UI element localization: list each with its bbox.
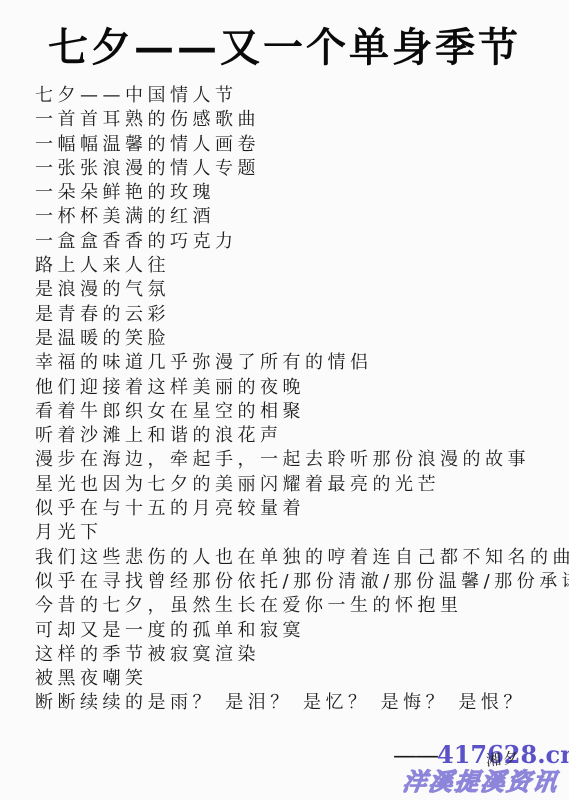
handwritten-signature: 湘夕	[485, 746, 521, 770]
site-url-text: 417628.cn	[437, 740, 569, 769]
poem-line: 今昔的七夕，虽然生长在爱你一生的怀抱里	[35, 594, 555, 618]
poem-line: 似乎在与十五的月亮较量着	[35, 497, 555, 521]
poem-line: 漫步在海边，牵起手，一起去聆听那份浪漫的故事	[35, 448, 555, 472]
poem-line: 一张张浪漫的情人专题	[35, 157, 555, 181]
poem-line: 被黑夜嘲笑	[35, 667, 555, 691]
poem-line: 一杯杯美满的红酒	[35, 205, 555, 229]
chinese-watermark: 洋溪提溪资讯	[401, 762, 562, 797]
poem-line: 一盒盒香香的巧克力	[35, 230, 555, 254]
poem-body: 七夕——中国情人节一首首耳熟的伤感歌曲一幅幅温馨的情人画卷一张张浪漫的情人专题一…	[35, 84, 555, 716]
poem-line: 月光下	[35, 521, 555, 545]
poem-line: 是青春的云彩	[35, 303, 555, 327]
site-credit: ——417628.cn	[393, 740, 569, 769]
credit-dash: ——	[393, 741, 437, 769]
poem-line: 七夕——中国情人节	[35, 84, 555, 108]
poem-line: 一幅幅温馨的情人画卷	[35, 133, 555, 157]
poem-line: 似乎在寻找曾经那份依托/那份清澈/那份温馨/那份承诺	[35, 570, 555, 594]
poem-line: 是温暖的笑脸	[35, 327, 555, 351]
poem-line: 一朵朵鲜艳的玫瑰	[35, 181, 555, 205]
poem-line: 看着牛郎织女在星空的相聚	[35, 400, 555, 424]
poem-line: 是浪漫的气氛	[35, 278, 555, 302]
poem-line: 他们迎接着这样美丽的夜晚	[35, 376, 555, 400]
poem-line: 断断续续的是雨？ 是泪？ 是忆？ 是悔？ 是恨？	[35, 691, 555, 715]
poem-line: 我们这些悲伤的人也在单独的哼着连自己都不知名的曲	[35, 546, 555, 570]
page-title: 七夕——又一个单身季节	[0, 16, 569, 73]
poem-line: 这样的季节被寂寞渲染	[35, 643, 555, 667]
poem-line: 一首首耳熟的伤感歌曲	[35, 108, 555, 132]
poem-line: 听着沙滩上和谐的浪花声	[35, 424, 555, 448]
poem-line: 路上人来人往	[35, 254, 555, 278]
poem-line: 星光也因为七夕的美丽闪耀着最亮的光芒	[35, 473, 555, 497]
poem-line: 幸福的味道几乎弥漫了所有的情侣	[35, 351, 555, 375]
document-page: 七夕——又一个单身季节 七夕——中国情人节一首首耳熟的伤感歌曲一幅幅温馨的情人画…	[0, 0, 569, 800]
poem-line: 可却又是一度的孤单和寂寞	[35, 619, 555, 643]
